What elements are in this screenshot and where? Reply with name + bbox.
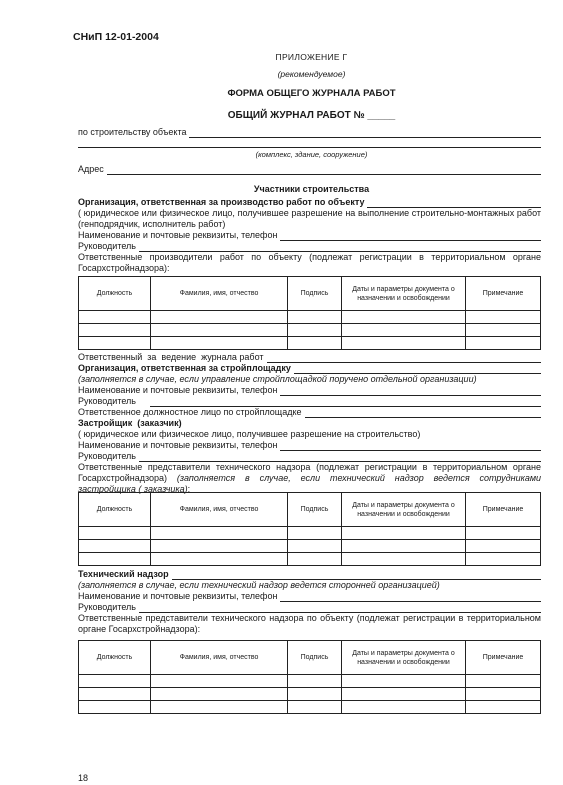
- journal-keeper-label: Ответственный за ведение журнала работ: [78, 352, 264, 363]
- journal-keeper-input[interactable]: [267, 353, 541, 363]
- contractor-head-label: Руководитель: [78, 241, 136, 252]
- site-org-requisites-field: Наименование и почтовые реквизиты, телеф…: [78, 385, 541, 396]
- developer-note: ( юридическое или физическое лицо, получ…: [78, 429, 541, 440]
- table-cell[interactable]: [466, 324, 541, 337]
- table-cell[interactable]: [288, 553, 342, 566]
- table-cell[interactable]: [342, 540, 466, 553]
- contractor-requisites-label: Наименование и почтовые реквизиты, телеф…: [78, 230, 277, 241]
- table-cell[interactable]: [466, 337, 541, 350]
- object-field: по строительству объекта: [78, 127, 541, 138]
- developer-head-label: Руководитель: [78, 451, 136, 462]
- column-header: Примечание: [466, 277, 541, 311]
- contractor-head-input[interactable]: [139, 242, 541, 252]
- site-org-field: Организация, ответственная за стройплоща…: [78, 363, 541, 374]
- column-header: Фамилия, имя, отчество: [151, 641, 288, 675]
- tech-responsible-text: Ответственные представители технического…: [78, 613, 541, 635]
- table-row: [79, 324, 541, 337]
- table-header-row: Должность Фамилия, имя, отчество Подпись…: [79, 493, 541, 527]
- developer-requisites-field: Наименование и почтовые реквизиты, телеф…: [78, 440, 541, 451]
- table-row: [79, 688, 541, 701]
- object-input-line2[interactable]: [78, 138, 541, 148]
- developer-representatives-table: Должность Фамилия, имя, отчество Подпись…: [78, 492, 541, 566]
- site-org-head-input[interactable]: [150, 397, 541, 407]
- contractor-requisites-input[interactable]: [280, 231, 541, 241]
- table-cell[interactable]: [466, 540, 541, 553]
- table-row: [79, 311, 541, 324]
- table-row: [79, 701, 541, 714]
- tech-requisites-field: Наименование и почтовые реквизиты, телеф…: [78, 591, 541, 602]
- table-cell[interactable]: [151, 337, 288, 350]
- contractor-note: ( юридическое или физическое лицо, получ…: [78, 208, 541, 230]
- developer-responsible-text: Ответственные представители технического…: [78, 462, 541, 495]
- site-org-title: Организация, ответственная за стройплоща…: [78, 363, 291, 374]
- table-cell[interactable]: [79, 311, 151, 324]
- table-row: [79, 675, 541, 688]
- address-input[interactable]: [107, 165, 541, 175]
- table-row: [79, 553, 541, 566]
- column-header: Примечание: [466, 493, 541, 527]
- tech-head-field: Руководитель: [78, 602, 541, 613]
- contractor-field: Организация, ответственная за производст…: [78, 197, 541, 208]
- column-header: Подпись: [288, 493, 342, 527]
- object-field-line2: [78, 138, 541, 148]
- developer-title: Застройщик (заказчик): [78, 418, 541, 429]
- site-org-head-field: Руководитель: [78, 396, 541, 407]
- contractor-requisites-field: Наименование и почтовые реквизиты, телеф…: [78, 230, 541, 241]
- column-header: Даты и параметры документа о назначении …: [342, 641, 466, 675]
- site-org-head-label: Руководитель: [78, 396, 136, 407]
- table-cell[interactable]: [79, 527, 151, 540]
- table-cell[interactable]: [288, 324, 342, 337]
- tech-supervision-field: Технический надзор: [78, 569, 541, 580]
- object-caption: (комплекс, здание, сооружение): [0, 150, 563, 159]
- table-cell[interactable]: [151, 324, 288, 337]
- contractor-head-field: Руководитель: [78, 241, 541, 252]
- table-cell[interactable]: [79, 540, 151, 553]
- tech-supervision-input[interactable]: [172, 570, 541, 580]
- column-header: Примечание: [466, 641, 541, 675]
- table-cell[interactable]: [79, 337, 151, 350]
- journal-keeper-field: Ответственный за ведение журнала работ: [78, 352, 541, 363]
- contractor-managers-table: Должность Фамилия, имя, отчество Подпись…: [78, 276, 541, 350]
- table-cell[interactable]: [342, 553, 466, 566]
- table-cell[interactable]: [288, 675, 342, 688]
- object-label: по строительству объекта: [78, 127, 186, 138]
- contractor-input[interactable]: [367, 198, 541, 208]
- table-cell[interactable]: [79, 675, 151, 688]
- table-cell[interactable]: [79, 324, 151, 337]
- column-header: Должность: [79, 277, 151, 311]
- site-org-input[interactable]: [294, 364, 541, 374]
- column-header: Должность: [79, 641, 151, 675]
- column-header: Даты и параметры документа о назначении …: [342, 493, 466, 527]
- table-header-row: Должность Фамилия, имя, отчество Подпись…: [79, 277, 541, 311]
- table-cell[interactable]: [342, 688, 466, 701]
- tech-supervision-title: Технический надзор: [78, 569, 169, 580]
- table-cell[interactable]: [79, 553, 151, 566]
- page-number: 18: [78, 773, 88, 783]
- table-cell[interactable]: [288, 311, 342, 324]
- site-org-requisites-input[interactable]: [280, 386, 541, 396]
- table-cell[interactable]: [342, 337, 466, 350]
- table-row: [79, 337, 541, 350]
- table-header-row: Должность Фамилия, имя, отчество Подпись…: [79, 641, 541, 675]
- document-code: СНиП 12-01-2004: [73, 31, 159, 43]
- column-header: Даты и параметры документа о назначении …: [342, 277, 466, 311]
- tech-head-label: Руководитель: [78, 602, 136, 613]
- table-row: [79, 527, 541, 540]
- table-cell[interactable]: [466, 701, 541, 714]
- contractor-title: Организация, ответственная за производст…: [78, 197, 364, 208]
- address-label: Адрес: [78, 164, 104, 175]
- appendix-status: (рекомендуемое): [0, 69, 563, 79]
- table-cell[interactable]: [288, 527, 342, 540]
- table-row: [79, 540, 541, 553]
- address-field: Адрес: [78, 164, 541, 175]
- developer-requisites-label: Наименование и почтовые реквизиты, телеф…: [78, 440, 277, 451]
- developer-head-input[interactable]: [139, 452, 541, 462]
- journal-title: ОБЩИЙ ЖУРНАЛ РАБОТ № _____: [0, 110, 563, 121]
- column-header: Фамилия, имя, отчество: [151, 277, 288, 311]
- table-cell[interactable]: [466, 553, 541, 566]
- contractor-responsible-text: Ответственные производители работ по объ…: [78, 252, 541, 274]
- participants-heading: Участники строительства: [0, 184, 563, 194]
- tech-requisites-label: Наименование и почтовые реквизиты, телеф…: [78, 591, 277, 602]
- object-input[interactable]: [189, 128, 541, 138]
- table-cell[interactable]: [151, 553, 288, 566]
- table-cell[interactable]: [288, 701, 342, 714]
- site-official-input[interactable]: [305, 408, 541, 418]
- table-cell[interactable]: [288, 540, 342, 553]
- table-cell[interactable]: [288, 337, 342, 350]
- table-cell[interactable]: [288, 688, 342, 701]
- table-cell[interactable]: [466, 675, 541, 688]
- site-org-requisites-label: Наименование и почтовые реквизиты, телеф…: [78, 385, 277, 396]
- table-cell[interactable]: [151, 540, 288, 553]
- tech-representatives-table: Должность Фамилия, имя, отчество Подпись…: [78, 640, 541, 714]
- tech-head-input[interactable]: [139, 603, 541, 613]
- table-cell[interactable]: [342, 701, 466, 714]
- column-header: Подпись: [288, 641, 342, 675]
- table-cell[interactable]: [79, 701, 151, 714]
- column-header: Подпись: [288, 277, 342, 311]
- form-title: ФОРМА ОБЩЕГО ЖУРНАЛА РАБОТ: [0, 88, 563, 99]
- tech-supervision-note: (заполняется в случае, если технический …: [78, 580, 541, 591]
- site-official-field: Ответственное должностное лицо по стройп…: [78, 407, 541, 418]
- table-cell[interactable]: [342, 675, 466, 688]
- table-cell[interactable]: [466, 527, 541, 540]
- column-header: Должность: [79, 493, 151, 527]
- column-header: Фамилия, имя, отчество: [151, 493, 288, 527]
- table-cell[interactable]: [151, 688, 288, 701]
- site-official-label: Ответственное должностное лицо по стройп…: [78, 407, 302, 418]
- table-cell[interactable]: [342, 324, 466, 337]
- table-cell[interactable]: [466, 311, 541, 324]
- table-cell[interactable]: [79, 688, 151, 701]
- table-cell[interactable]: [151, 701, 288, 714]
- table-cell[interactable]: [151, 675, 288, 688]
- table-cell[interactable]: [151, 311, 288, 324]
- table-cell[interactable]: [342, 311, 466, 324]
- table-cell[interactable]: [342, 527, 466, 540]
- developer-requisites-input[interactable]: [280, 441, 541, 451]
- table-cell[interactable]: [466, 688, 541, 701]
- developer-head-field: Руководитель: [78, 451, 541, 462]
- tech-requisites-input[interactable]: [280, 592, 541, 602]
- site-org-note: (заполняется в случае, если управление с…: [78, 374, 541, 385]
- appendix-label: ПРИЛОЖЕНИЕ Г: [0, 52, 563, 62]
- table-cell[interactable]: [151, 527, 288, 540]
